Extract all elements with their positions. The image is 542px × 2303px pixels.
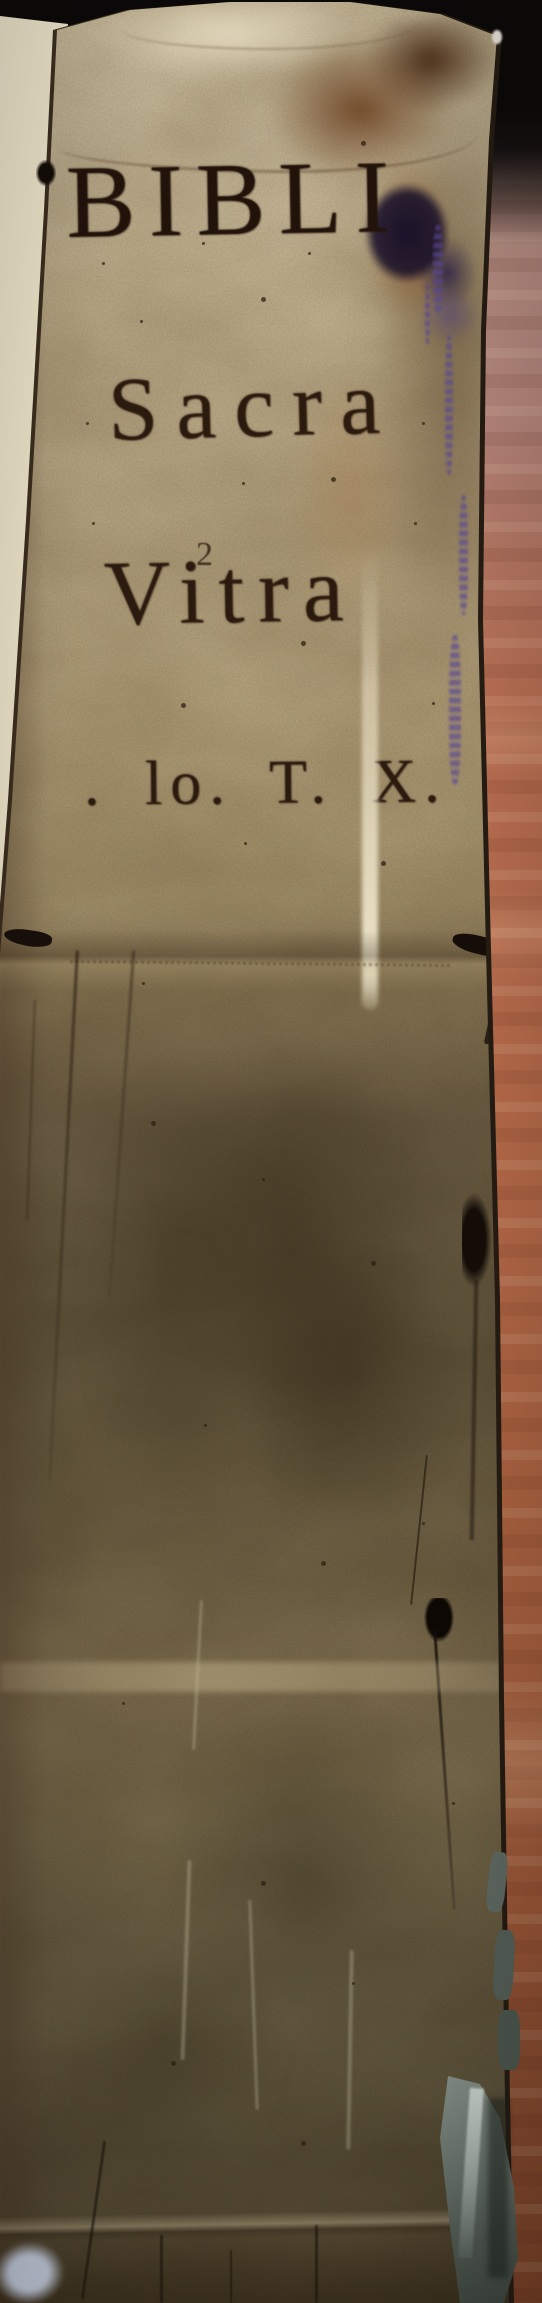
photo-scene: BIBLI Sacra Vitra 2 . lo. T. X. [0,0,542,2303]
photo-vignette [0,0,542,2303]
